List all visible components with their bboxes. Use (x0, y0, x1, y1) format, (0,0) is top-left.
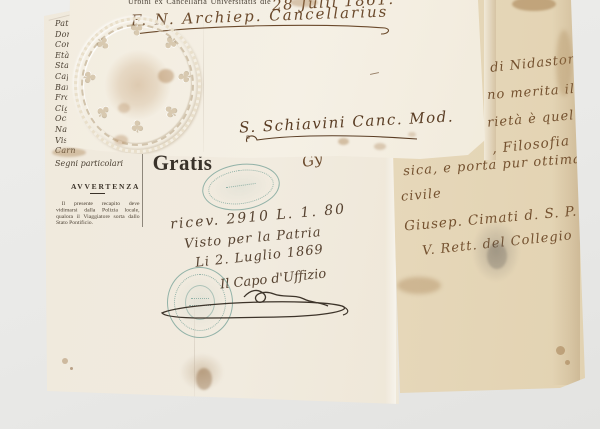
segni-particolari-label: Segni particolari (55, 159, 123, 168)
descriptor-label: Età (55, 51, 69, 60)
edge-stain (52, 148, 86, 157)
seal-stain (114, 135, 128, 145)
seal-stain (158, 69, 174, 83)
seal-ornament: ♣ (129, 119, 145, 135)
certificate-spot (408, 132, 416, 137)
notice-body: Il presente recapito deve vidimarsi dall… (56, 201, 140, 227)
seal-stain (118, 103, 130, 113)
letter-edge-stain (556, 30, 572, 96)
letter-spot (565, 360, 570, 365)
certificate-spot (338, 138, 349, 145)
seal-ornament: ♣ (129, 21, 145, 37)
pen-dash (370, 72, 379, 75)
notice-divider (90, 193, 105, 194)
passport-spot (70, 367, 73, 370)
letter-stain (397, 277, 441, 294)
passport-stain-core (196, 368, 212, 390)
visa-oval-stamp (199, 159, 283, 215)
letter-top-stain (512, 0, 556, 11)
letter-line: civile (400, 186, 442, 204)
certificate-crease (203, 16, 204, 152)
seal-ornament: ♣ (177, 69, 193, 85)
certificate-spot (374, 143, 386, 150)
fold-crease (194, 298, 195, 403)
ink-smudge-core (487, 243, 507, 269)
photo-scene: di Nidastore no merita il rietà è quel ,… (0, 0, 600, 429)
signature-flourish (156, 283, 356, 329)
descriptor-label: Pat (55, 19, 69, 28)
form-divider-line (142, 154, 143, 227)
letter-fold (484, 0, 496, 160)
passport-spot (62, 358, 68, 364)
embossed-university-seal: ♣ ♣ ♣ ♣ ♣ ♣ ♣ ♣ (74, 17, 201, 153)
certificate-printed-header: Urbini ex Cancellaria Universitatis die (128, 0, 271, 6)
seal-ornament: ♣ (81, 69, 97, 85)
notice-title: AVVERTENZA (71, 182, 140, 191)
secretary-underline-flourish (243, 132, 423, 146)
letter-spot (556, 346, 565, 355)
certificate-spot (246, 135, 250, 139)
